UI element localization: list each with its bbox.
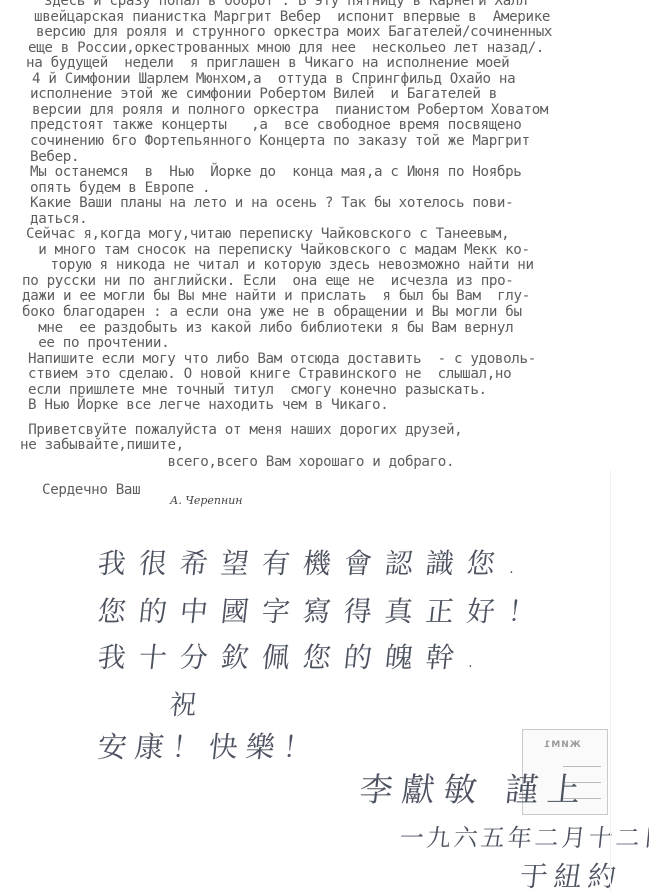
typed-line: исполнение этой же симфонии Робертом Вил… xyxy=(30,87,497,103)
typed-line: версии для рояля и полного оркестра пиан… xyxy=(32,103,548,119)
chinese-line-3: 我十分欽佩您的魄幹. xyxy=(96,636,491,676)
closing-line: всего,всего Вам хорошаго и добраго. xyxy=(20,455,454,471)
typed-line: Какие Ваши планы на лето и на осень ? Та… xyxy=(30,196,513,212)
chinese-signature: 李獻敏 謹上 xyxy=(358,764,592,811)
typed-line: Сейчас я,когда могу,читаю переписку Чайк… xyxy=(26,227,509,243)
typed-line: Мы останемся в Нью Йорке до конца мая,а … xyxy=(30,165,522,181)
closing-line: не забывайте,пишите, xyxy=(20,438,184,454)
typed-line: ее по прочтении. xyxy=(30,336,169,352)
typed-line: если пришлете мне точный титул смогу кон… xyxy=(28,383,487,399)
typed-line: опять будем в Европе . xyxy=(30,181,210,197)
typed-line: Вебер. xyxy=(30,150,79,166)
typed-line: ствием это сделаю. О новой книге Стравин… xyxy=(28,367,511,383)
handwritten-signature-russian: А. Черепнин xyxy=(170,494,243,507)
typed-line: предстоят также концерты ,а все свободно… xyxy=(30,118,522,134)
typed-line: и много там сносок на переписку Чайковск… xyxy=(30,243,530,259)
chinese-line-wish: 祝 xyxy=(168,683,209,722)
typed-line: по русски ни по английски. Если она еще … xyxy=(22,274,514,290)
chinese-date: 一九六五年二月十二日 xyxy=(398,818,649,853)
typed-line: мне ее раздобыть из какой либо библиотек… xyxy=(30,321,513,337)
sign-off: Сердечно Ваш xyxy=(42,483,140,499)
typed-line: дажи и ее могли бы Вы мне найти и присла… xyxy=(22,289,530,305)
paper-edge xyxy=(610,470,611,892)
typed-line: еще в России,оркестрованных мною для нее… xyxy=(28,41,544,57)
typed-line: боко благодарен : а если она уже не в об… xyxy=(22,305,522,321)
typed-line: 4 й Симфонии Шарлем Мюнхом,а оттуда в Сп… xyxy=(32,72,515,88)
typed-line: сочинению 6го Фортепьянного Концерта по … xyxy=(30,134,530,150)
typed-line: версию для рояля и струнного оркестра мо… xyxy=(36,25,552,41)
typed-line: на будущей недели я приглашен в Чикаго н… xyxy=(26,56,509,72)
chinese-line-greeting: 安康！快樂！ xyxy=(96,725,322,766)
stamp-title: ЖИМ1 xyxy=(543,740,581,750)
chinese-line-2: 您的中國字寫得真正好！ xyxy=(96,590,551,630)
typed-line: швейцарская пианистка Маргрит Вебер испо… xyxy=(34,10,550,26)
chinese-line-1: 我很希望有機會認識您. xyxy=(96,542,532,582)
typed-line: даться. xyxy=(30,212,87,228)
typed-line: торую я никода не читал и которую здесь … xyxy=(34,258,534,274)
typed-line: Напишите если могу что либо Вам отсюда д… xyxy=(28,352,536,368)
typed-line: В Нью Йорке все легче находить чем в Чик… xyxy=(28,398,388,414)
letter-page: здесь и сразу попал в оборот . В эту пят… xyxy=(0,0,649,892)
chinese-place: 于紐約 xyxy=(518,855,624,892)
